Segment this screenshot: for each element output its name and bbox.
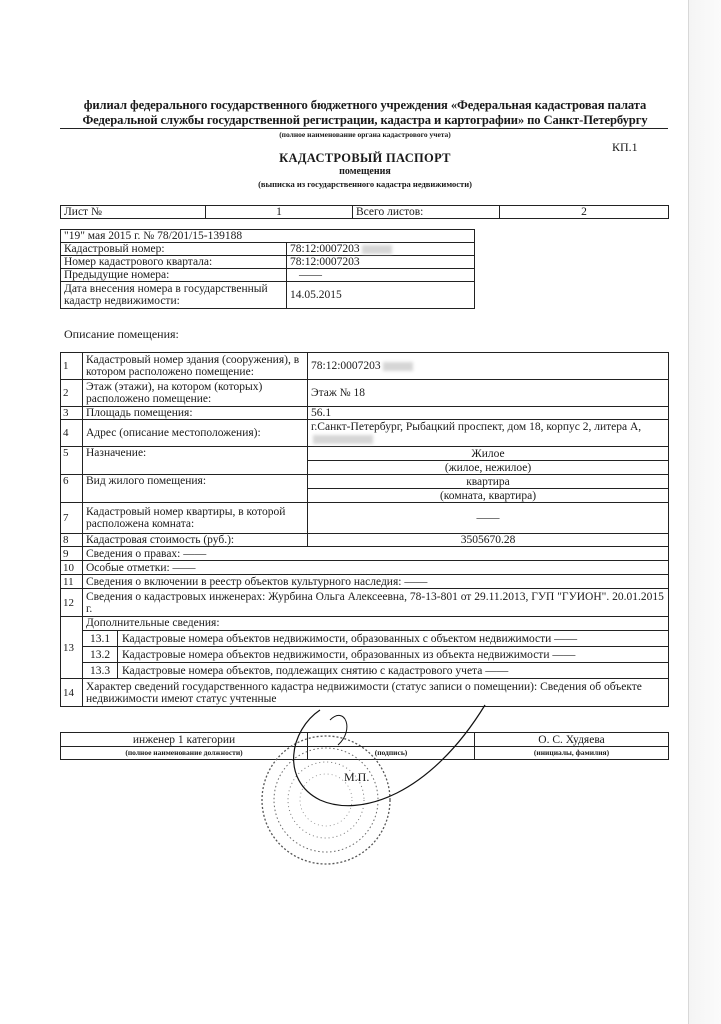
- reg-value-date: 14.05.2015: [287, 282, 475, 309]
- row-number: 6: [61, 475, 83, 503]
- row-value: Этаж № 18: [308, 380, 669, 407]
- table-row: 5 Назначение: Жилое(жилое, нежилое): [61, 447, 669, 475]
- subrow-text: Кадастровые номера объектов недвижимости…: [118, 631, 669, 647]
- org-name-line2: Федеральной службы государственной регис…: [60, 113, 670, 128]
- signature-stroke-icon: [230, 700, 490, 820]
- value-main: квартира: [308, 475, 668, 489]
- name-caption: (инициалы, фамилия): [475, 747, 669, 760]
- row-text: Сведения о включении в реестр объектов к…: [83, 575, 669, 589]
- row-text: Сведения о правах: ——: [83, 547, 669, 561]
- table-row: 10 Особые отметки: ——: [61, 561, 669, 575]
- table-row: 6 Вид жилого помещения: квартира(комната…: [61, 475, 669, 503]
- row-number: 12: [61, 589, 83, 617]
- reg-value-cadastral-number: 78:12:0007203: [287, 243, 475, 256]
- page-edge-shadow: [689, 0, 721, 1024]
- document-title: КАДАСТРОВЫЙ ПАСПОРТ: [60, 151, 670, 166]
- row-number: 10: [61, 561, 83, 575]
- row-text: Особые отметки: ——: [83, 561, 669, 575]
- stamp-label: М.П.: [344, 770, 369, 785]
- table-row: 8 Кадастровая стоимость (руб.): 3505670.…: [61, 534, 669, 547]
- subrows-13: 13.1Кадастровые номера объектов недвижим…: [83, 630, 668, 678]
- row-value: Жилое(жилое, нежилое): [308, 447, 669, 475]
- org-caption: (полное наименование органа кадастрового…: [60, 129, 670, 140]
- sheet-label: Лист №: [61, 206, 206, 219]
- row-number: 8: [61, 534, 83, 547]
- value-caption: (жилое, нежилое): [308, 461, 668, 475]
- table-row: 7 Кадастровый номер квартиры, в которой …: [61, 503, 669, 534]
- row-value: 78:12:0007203: [308, 353, 669, 380]
- row-number: 5: [61, 447, 83, 475]
- row-value: 3505670.28: [308, 534, 669, 547]
- row-value: квартира(комната, квартира): [308, 475, 669, 503]
- row-label: Кадастровый номер здания (сооружения), в…: [83, 353, 308, 380]
- row-label: Назначение:: [83, 447, 308, 475]
- redacted-mark: [362, 245, 392, 254]
- row-text: Дополнительные сведения:: [83, 617, 668, 630]
- document-subtitle: помещения: [60, 166, 670, 177]
- official-name: О. С. Худяева: [475, 733, 669, 747]
- description-section-label: Описание помещения:: [64, 327, 179, 342]
- table-row: 3 Площадь помещения: 56.1: [61, 407, 669, 420]
- row-label: Этаж (этажи), на котором (которых) распо…: [83, 380, 308, 407]
- document-subtitle-note: (выписка из государственного кадастра не…: [60, 179, 670, 189]
- row-additional-info: Дополнительные сведения: 13.1Кадастровые…: [83, 617, 669, 679]
- sheet-number: 1: [206, 206, 353, 219]
- reg-label: Кадастровый номер:: [61, 243, 287, 256]
- row-value: ——: [308, 503, 669, 534]
- redacted-mark: [313, 435, 373, 444]
- reg-label: Номер кадастрового квартала:: [61, 256, 287, 269]
- row-number: 14: [61, 679, 83, 707]
- row-number: 11: [61, 575, 83, 589]
- org-name-line1: филиал федерального государственного бюд…: [60, 98, 670, 113]
- row-value: г.Санкт-Петербург, Рыбацкий проспект, до…: [308, 420, 669, 447]
- table-row: 1 Кадастровый номер здания (сооружения),…: [61, 353, 669, 380]
- reg-value-previous: ——: [287, 269, 475, 282]
- sheet-info-table: Лист № 1 Всего листов: 2: [60, 205, 669, 219]
- value-caption: (комната, квартира): [308, 489, 668, 503]
- page-edge: [688, 0, 689, 1024]
- row-text: Сведения о кадастровых инженерах: Журбин…: [83, 589, 669, 617]
- table-row: 4 Адрес (описание местоположения): г.Сан…: [61, 420, 669, 447]
- row-number: 2: [61, 380, 83, 407]
- subrow-number: 13.1: [83, 631, 118, 647]
- row-label: Адрес (описание местоположения):: [83, 420, 308, 447]
- value-main: Жилое: [308, 447, 668, 461]
- row-number: 4: [61, 420, 83, 447]
- table-row: 2 Этаж (этажи), на котором (которых) рас…: [61, 380, 669, 407]
- row-label: Площадь помещения:: [83, 407, 308, 420]
- row-number: 9: [61, 547, 83, 561]
- row-value: 56.1: [308, 407, 669, 420]
- subrow-number: 13.2: [83, 647, 118, 663]
- row-number: 7: [61, 503, 83, 534]
- row-label: Вид жилого помещения:: [83, 475, 308, 503]
- subrow-text: Кадастровые номера объектов недвижимости…: [118, 647, 669, 663]
- description-table: 1 Кадастровый номер здания (сооружения),…: [60, 352, 669, 707]
- table-row: 12 Сведения о кадастровых инженерах: Жур…: [61, 589, 669, 617]
- subrow-text: Кадастровые номера объектов, подлежащих …: [118, 663, 669, 679]
- registration-doc-line: "19" мая 2015 г. № 78/201/15-139188: [61, 230, 475, 243]
- row-number: 1: [61, 353, 83, 380]
- redacted-mark: [383, 362, 413, 371]
- reg-label: Дата внесения номера в государственный к…: [61, 282, 287, 309]
- table-row: 9 Сведения о правах: ——: [61, 547, 669, 561]
- row-label: Кадастровый номер квартиры, в которой ра…: [83, 503, 308, 534]
- table-row: 11 Сведения о включении в реестр объекто…: [61, 575, 669, 589]
- row-number: 3: [61, 407, 83, 420]
- table-row: 13 Дополнительные сведения: 13.1Кадастро…: [61, 617, 669, 679]
- row-label: Кадастровая стоимость (руб.):: [83, 534, 308, 547]
- row-number: 13: [61, 617, 83, 679]
- reg-value-quarter: 78:12:0007203: [287, 256, 475, 269]
- reg-label: Предыдущие номера:: [61, 269, 287, 282]
- total-sheets-label: Всего листов:: [353, 206, 500, 219]
- total-sheets-number: 2: [500, 206, 669, 219]
- subrow-number: 13.3: [83, 663, 118, 679]
- registration-table: "19" мая 2015 г. № 78/201/15-139188 Када…: [60, 229, 475, 309]
